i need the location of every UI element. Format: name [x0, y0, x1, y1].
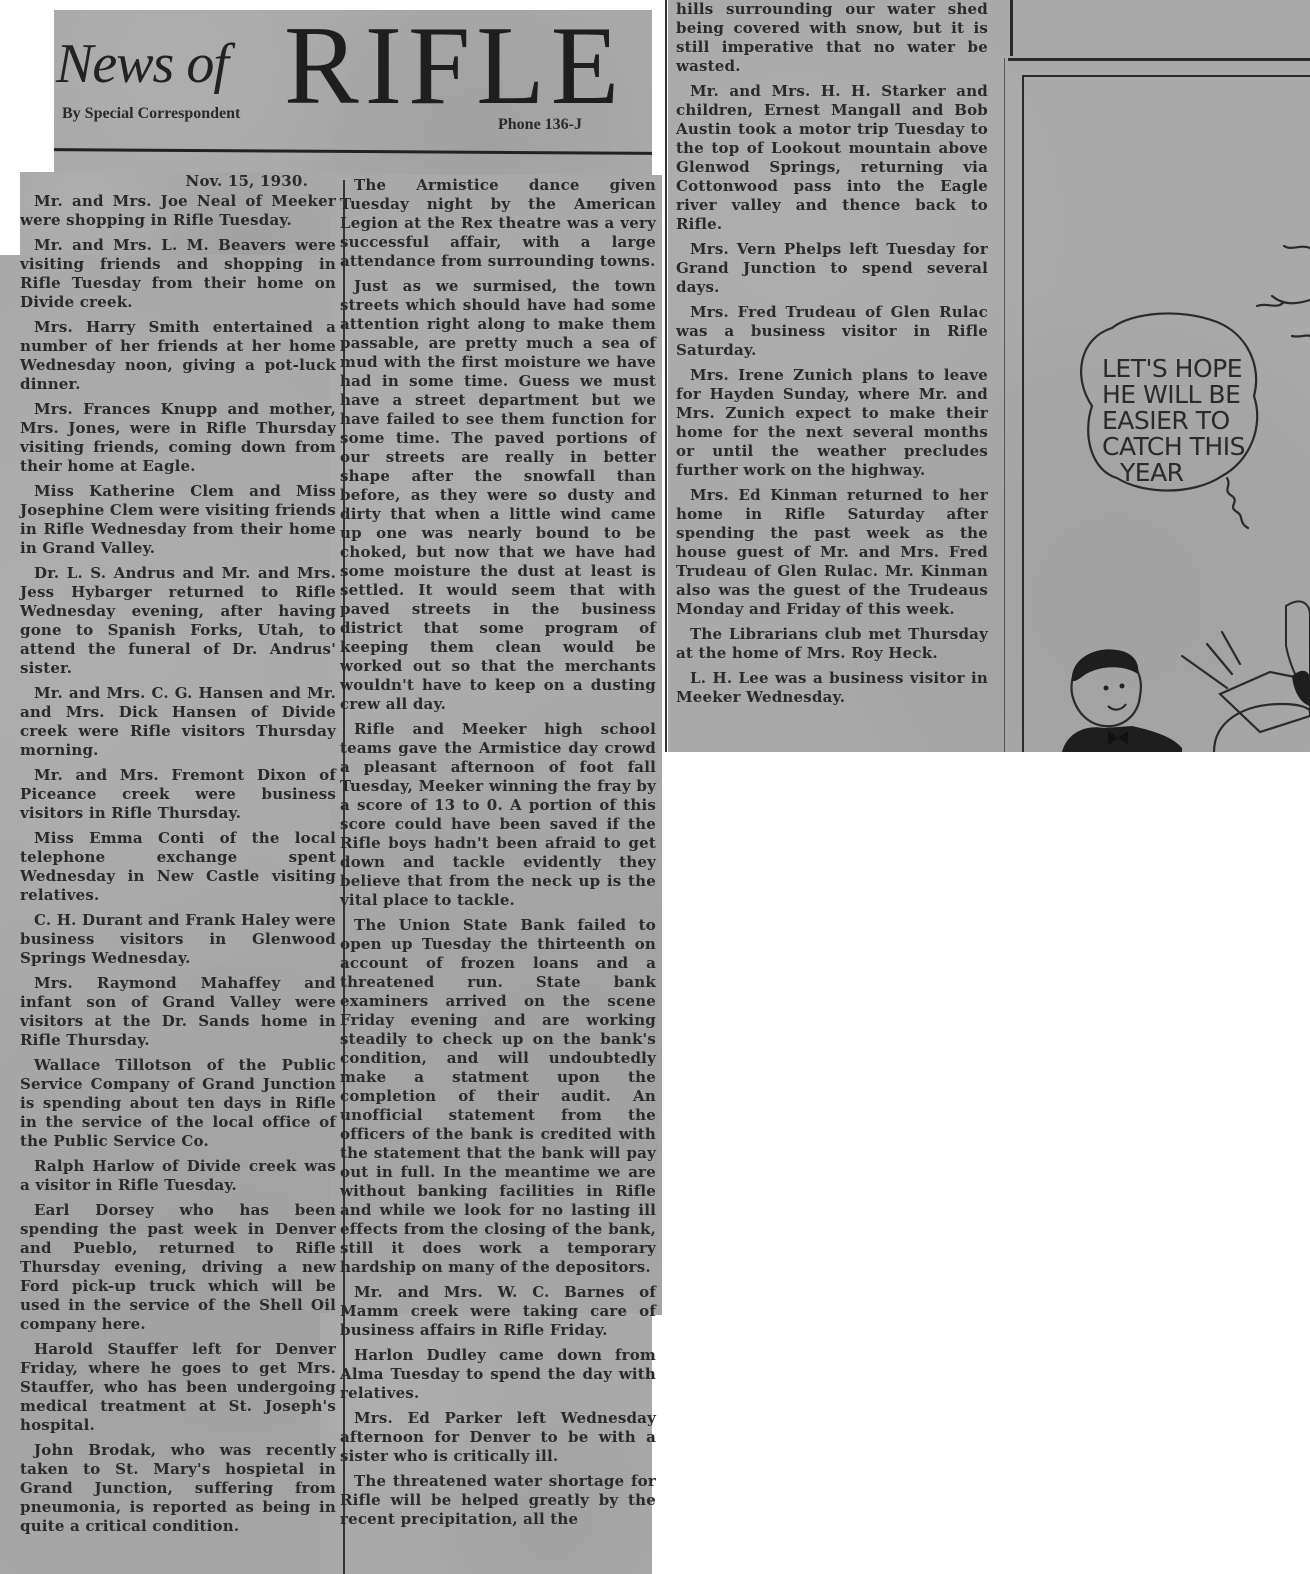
news-item: Wallace Tillotson of the Public Service … [20, 1056, 336, 1151]
column-divider-right [665, 0, 667, 752]
boy-hair-icon [1072, 649, 1138, 681]
byline: By Special Correspondent [62, 105, 240, 123]
news-item: Rifle and Meeker high school teams gave … [340, 720, 656, 910]
news-item: Dr. L. S. Andrus and Mr. and Mrs. Jess H… [20, 564, 336, 678]
news-item: Just as we surmised, the town streets wh… [340, 277, 656, 714]
news-item: Mr. and Mrs. H. H. Starker and children,… [676, 82, 988, 234]
news-item: Ralph Harlow of Divide creek was a visit… [20, 1157, 336, 1195]
news-item: The threatened water shortage for Rifle … [340, 1472, 656, 1529]
right-column: hills surrounding our water shed being c… [676, 0, 988, 713]
news-item: Mrs. Fred Trudeau of Glen Rulac was a bu… [676, 303, 988, 360]
news-item: Mr. and Mrs. Joe Neal of Meeker were sho… [20, 192, 336, 230]
news-item: Mrs. Frances Knupp and mother, Mrs. Jone… [20, 400, 336, 476]
news-item: John Brodak, who was recently taken to S… [20, 1441, 336, 1536]
news-item: The Librarians club met Thursday at the … [676, 625, 988, 663]
left-column-items: Mr. and Mrs. Joe Neal of Meeker were sho… [20, 192, 336, 1536]
middle-column-items: The Armistice dance given Tuesday night … [340, 176, 656, 1529]
box-rule-vertical [1010, 0, 1013, 56]
news-item: Mrs. Raymond Mahaffey and infant son of … [20, 974, 336, 1050]
column-divider-cartoon [1004, 58, 1005, 752]
news-item: Mrs. Vern Phelps left Tuesday for Grand … [676, 240, 988, 297]
right-column-items: hills surrounding our water shed being c… [676, 0, 988, 707]
news-item: Miss Emma Conti of the local telephone e… [20, 829, 336, 905]
news-item: Mr. and Mrs. W. C. Barnes of Mamm creek … [340, 1283, 656, 1340]
middle-column: The Armistice dance given Tuesday night … [340, 176, 656, 1535]
news-item: C. H. Durant and Frank Haley were busine… [20, 911, 336, 968]
news-item: Mr. and Mrs. Fremont Dixon of Piceance c… [20, 766, 336, 823]
news-item: hills surrounding our water shed being c… [676, 0, 988, 76]
masthead-prefix: News of [56, 32, 228, 96]
box-rule-horizontal [1008, 58, 1310, 61]
cartoon-panel: LET'S HOPE HE WILL BE EASIER TO CATCH TH… [1022, 76, 1310, 752]
masthead-rule [54, 148, 652, 155]
news-item: Mrs. Harry Smith entertained a number of… [20, 318, 336, 394]
news-item: Harold Stauffer left for Denver Friday, … [20, 1340, 336, 1435]
news-item: The Union State Bank failed to open up T… [340, 916, 656, 1277]
news-item: Mrs. Irene Zunich plans to leave for Hay… [676, 366, 988, 480]
news-item: Mrs. Ed Parker left Wednesday afternoon … [340, 1409, 656, 1466]
news-item: Earl Dorsey who has been spending the pa… [20, 1201, 336, 1334]
news-item: The Armistice dance given Tuesday night … [340, 176, 656, 271]
dateline: Nov. 15, 1930. [20, 172, 336, 191]
news-item: Mr. and Mrs. C. G. Hansen and Mr. and Mr… [20, 684, 336, 760]
left-column: Nov. 15, 1930. Mr. and Mrs. Joe Neal of … [20, 172, 336, 1542]
speech-bubble-text: LET'S HOPE HE WILL BE EASIER TO CATCH TH… [1102, 356, 1252, 486]
news-item: Mrs. Ed Kinman returned to her home in R… [676, 486, 988, 619]
masthead: News of RIFLE By Special Correspondent P… [54, 10, 652, 175]
news-item: Miss Katherine Clem and Miss Josephine C… [20, 482, 336, 558]
phone-number: Phone 136-J [498, 116, 582, 134]
masthead-title: RIFLE [284, 10, 625, 126]
news-item: Mr. and Mrs. L. M. Beavers were visiting… [20, 236, 336, 312]
news-item: L. H. Lee was a business visitor in Meek… [676, 669, 988, 707]
news-item: Harlon Dudley came down from Alma Tuesda… [340, 1346, 656, 1403]
